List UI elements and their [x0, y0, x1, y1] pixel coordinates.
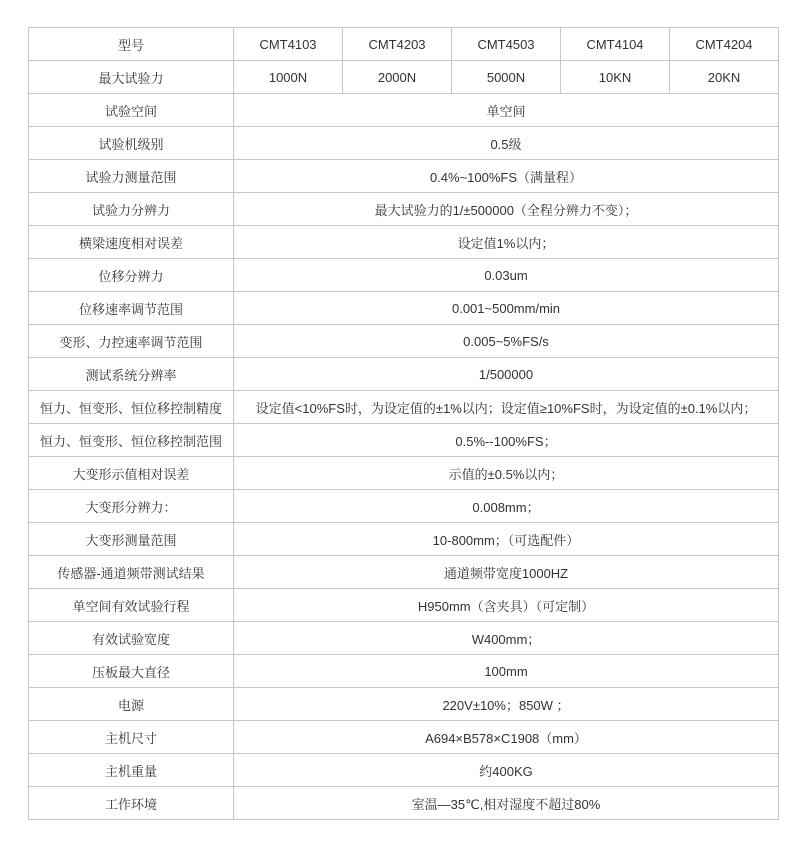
spec-label-cell: 试验机级别 [29, 127, 234, 160]
spec-label-cell: 横梁速度相对误差 [29, 226, 234, 259]
spec-row: 大变形示值相对误差示值的±0.5%以内； [29, 457, 779, 490]
spec-value-cell: 最大试验力的1/±500000（全程分辨力不变）； [234, 193, 779, 226]
model-name-cell: CMT4204 [670, 28, 779, 61]
spec-label-cell: 型号 [29, 28, 234, 61]
spec-label-cell: 主机尺寸 [29, 721, 234, 754]
spec-label-cell: 最大试验力 [29, 61, 234, 94]
spec-label-cell: 有效试验宽度 [29, 622, 234, 655]
spec-row: 电源220V±10%；850W ； [29, 688, 779, 721]
spec-table-body: 型号CMT4103CMT4203CMT4503CMT4104CMT4204最大试… [29, 28, 779, 820]
spec-row: 工作环境室温—35℃,相对湿度不超过80% [29, 787, 779, 820]
spec-value-cell: W400mm； [234, 622, 779, 655]
spec-value-cell: 设定值<10%FS时，为设定值的±1%以内；设定值≥10%FS时，为设定值的±0… [234, 391, 779, 424]
spec-row: 主机尺寸A694×B578×C1908（mm） [29, 721, 779, 754]
spec-value-cell: 0.001~500mm/min [234, 292, 779, 325]
spec-row: 恒力、恒变形、恒位移控制范围0.5%--100%FS； [29, 424, 779, 457]
spec-value-cell: 0.03um [234, 259, 779, 292]
spec-value-cell: A694×B578×C1908（mm） [234, 721, 779, 754]
spec-label-cell: 电源 [29, 688, 234, 721]
spec-value-cell: 220V±10%；850W ； [234, 688, 779, 721]
spec-value-cell: 室温—35℃,相对湿度不超过80% [234, 787, 779, 820]
spec-value-cell: 设定值1%以内； [234, 226, 779, 259]
spec-row: 压板最大直径100mm [29, 655, 779, 688]
spec-label-cell: 试验空间 [29, 94, 234, 127]
spec-row: 有效试验宽度W400mm； [29, 622, 779, 655]
spec-value-cell: 约400KG [234, 754, 779, 787]
spec-label-cell: 恒力、恒变形、恒位移控制精度 [29, 391, 234, 424]
spec-value-cell: 0.4%~100%FS（满量程） [234, 160, 779, 193]
spec-row: 大变形测量范围10-800mm；（可选配件） [29, 523, 779, 556]
spec-value-cell: 0.005~5%FS/s [234, 325, 779, 358]
spec-row: 试验空间单空间 [29, 94, 779, 127]
spec-value-cell: 通道频带宽度1000HZ [234, 556, 779, 589]
spec-value-cell: H950mm（含夹具）（可定制） [234, 589, 779, 622]
spec-label-cell: 恒力、恒变形、恒位移控制范围 [29, 424, 234, 457]
spec-row: 试验力测量范围0.4%~100%FS（满量程） [29, 160, 779, 193]
spec-label-cell: 试验力分辨力 [29, 193, 234, 226]
spec-row: 主机重量约400KG [29, 754, 779, 787]
spec-label-cell: 大变形测量范围 [29, 523, 234, 556]
spec-row: 测试系统分辨率1/500000 [29, 358, 779, 391]
spec-label-cell: 试验力测量范围 [29, 160, 234, 193]
spec-value-cell: 0.008mm； [234, 490, 779, 523]
spec-label-cell: 单空间有效试验行程 [29, 589, 234, 622]
spec-value-cell: 10-800mm；（可选配件） [234, 523, 779, 556]
spec-value-cell: 0.5级 [234, 127, 779, 160]
spec-label-cell: 测试系统分辨率 [29, 358, 234, 391]
spec-value-cell: 100mm [234, 655, 779, 688]
spec-label-cell: 变形、力控速率调节范围 [29, 325, 234, 358]
spec-value-cell: 1/500000 [234, 358, 779, 391]
spec-row: 横梁速度相对误差设定值1%以内； [29, 226, 779, 259]
spec-label-cell: 传感器-通道频带测试结果 [29, 556, 234, 589]
spec-label-cell: 工作环境 [29, 787, 234, 820]
spec-value-cell: 0.5%--100%FS； [234, 424, 779, 457]
max-force-value-cell: 20KN [670, 61, 779, 94]
model-name-cell: CMT4104 [561, 28, 670, 61]
spec-label-cell: 位移速率调节范围 [29, 292, 234, 325]
spec-label-cell: 大变形分辨力： [29, 490, 234, 523]
spec-row: 位移分辨力0.03um [29, 259, 779, 292]
spec-label-cell: 主机重量 [29, 754, 234, 787]
spec-row: 试验力分辨力最大试验力的1/±500000（全程分辨力不变）； [29, 193, 779, 226]
spec-value-cell: 示值的±0.5%以内； [234, 457, 779, 490]
spec-value-cell: 单空间 [234, 94, 779, 127]
max-force-value-cell: 1000N [234, 61, 343, 94]
spec-row: 大变形分辨力：0.008mm； [29, 490, 779, 523]
max-force-row: 最大试验力1000N2000N5000N10KN20KN [29, 61, 779, 94]
spec-row: 变形、力控速率调节范围0.005~5%FS/s [29, 325, 779, 358]
spec-row: 恒力、恒变形、恒位移控制精度设定值<10%FS时，为设定值的±1%以内；设定值≥… [29, 391, 779, 424]
max-force-value-cell: 5000N [452, 61, 561, 94]
spec-row: 传感器-通道频带测试结果通道频带宽度1000HZ [29, 556, 779, 589]
spec-row: 单空间有效试验行程H950mm（含夹具）（可定制） [29, 589, 779, 622]
spec-label-cell: 压板最大直径 [29, 655, 234, 688]
spec-table: 型号CMT4103CMT4203CMT4503CMT4104CMT4204最大试… [28, 27, 779, 820]
spec-label-cell: 位移分辨力 [29, 259, 234, 292]
model-name-cell: CMT4503 [452, 28, 561, 61]
model-name-cell: CMT4203 [343, 28, 452, 61]
model-name-cell: CMT4103 [234, 28, 343, 61]
model-header-row: 型号CMT4103CMT4203CMT4503CMT4104CMT4204 [29, 28, 779, 61]
spec-label-cell: 大变形示值相对误差 [29, 457, 234, 490]
spec-row: 试验机级别0.5级 [29, 127, 779, 160]
spec-row: 位移速率调节范围0.001~500mm/min [29, 292, 779, 325]
spec-page: 型号CMT4103CMT4203CMT4503CMT4104CMT4204最大试… [0, 0, 802, 847]
max-force-value-cell: 2000N [343, 61, 452, 94]
max-force-value-cell: 10KN [561, 61, 670, 94]
